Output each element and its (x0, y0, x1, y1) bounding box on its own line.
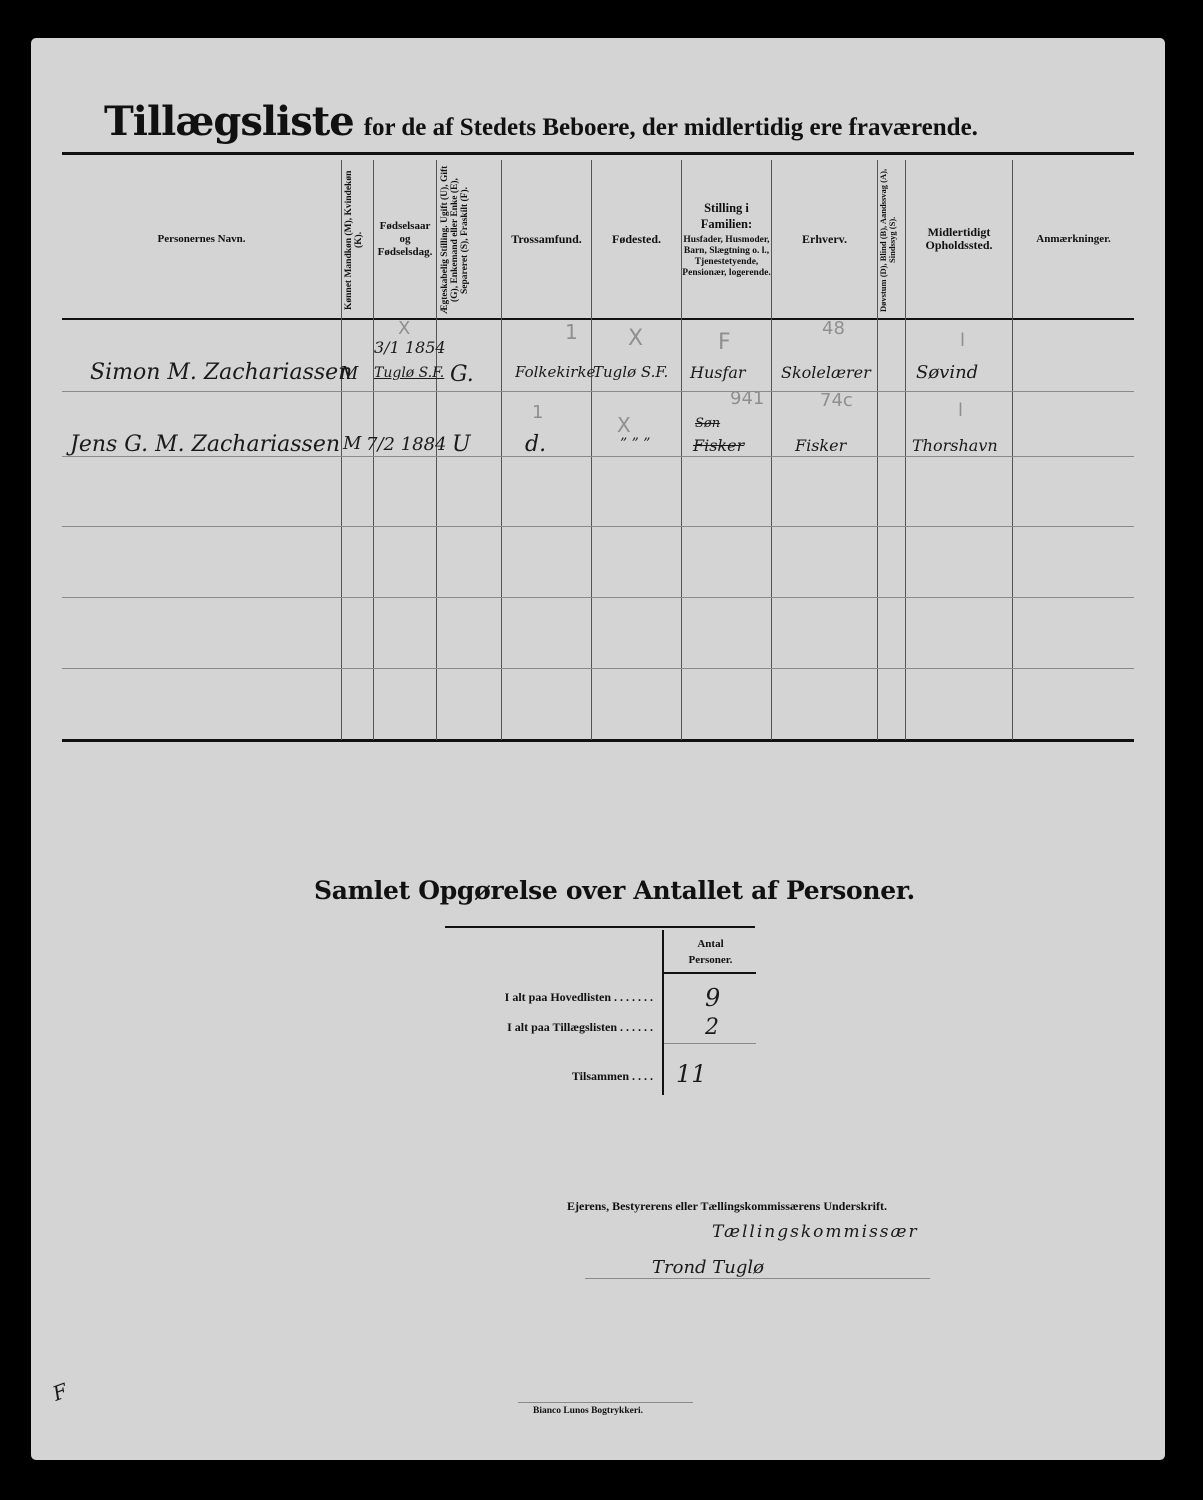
row1-birth-date: 3/1 1854 (374, 338, 446, 357)
summary-label-main-list: I alt paa Hovedlisten . . . . . . . (505, 990, 653, 1005)
col-header-disability: Døvstum (D), Blind (B), Aandssvag (A), S… (879, 164, 904, 316)
summary-label-supplement-list: I alt paa Tillægslisten . . . . . . (507, 1020, 653, 1035)
col-header-family-position: Stilling i Familien: Husfader, Husmoder,… (682, 160, 771, 318)
row1-birth-place-inline: Tuglø S.F. (374, 365, 444, 381)
row1-religion: Folkekirken (515, 363, 595, 381)
summary-value-supplement-list: 2 (705, 1015, 719, 1040)
pencil-mark: 74c (820, 390, 853, 411)
col-divider (341, 160, 342, 740)
summary-column-header: Antal Personer. (668, 936, 753, 968)
pencil-mark: X (628, 326, 643, 351)
col-header-temp-residence: Midlertidigt Opholdssted. (906, 160, 1012, 318)
pencil-mark: 48 (822, 318, 845, 339)
row2-birthplace: ” ” ” (620, 436, 650, 452)
row-line (62, 526, 1134, 527)
col-header-birthplace: Fødested. (592, 160, 681, 318)
pencil-mark: 941 (730, 388, 764, 409)
row1-occupation: Skolelærer (781, 363, 871, 382)
pencil-mark: X (398, 318, 410, 339)
row1-sex: M (340, 363, 358, 384)
summary-header-rule (664, 972, 756, 974)
row1-family-position: Husfar (690, 363, 746, 382)
row2-birth: 7/2 1884 (366, 434, 447, 455)
col-header-sex: Kønnet Mandkøn (M), Kvindekøn (K). (344, 164, 372, 316)
pencil-mark: l (960, 330, 965, 351)
col-header-name: Personernes Navn. (62, 160, 341, 318)
title-emphasis: fraværende. (849, 114, 978, 141)
row2-sex: M (343, 433, 361, 454)
row-line (62, 597, 1134, 598)
row1-marital: G. (450, 362, 474, 387)
row-line (62, 391, 1134, 392)
printer-imprint: Bianco Lunos Bogtrykkeri. (533, 1406, 643, 1416)
header-top-rule (62, 152, 1134, 155)
pencil-mark: F (718, 330, 731, 355)
col-header-marital: Ægteskabelig Stilling. Ugift (U), Gift (… (440, 164, 498, 316)
signature-line (585, 1278, 930, 1279)
summary-value-main-list: 9 (705, 984, 720, 1012)
row2-marital: U (452, 432, 471, 457)
row1-birthplace: Tuglø S.F. (593, 363, 668, 381)
printer-rule (518, 1402, 693, 1403)
pencil-mark: l (958, 400, 963, 421)
row2-family-position-above: Søn (695, 416, 720, 431)
col-header-occupation: Erhverv. (772, 160, 877, 318)
title-subtitle: for de af Stedets Beboere, der midlertid… (364, 114, 978, 141)
signature-caption: Ejerens, Bestyrerens eller Tællingskommi… (567, 1199, 887, 1214)
summary-value-total: 11 (676, 1060, 707, 1088)
row2-temp-residence: Thorshavn (912, 436, 998, 455)
row-line (62, 668, 1134, 669)
pencil-mark: 1 (532, 402, 543, 423)
col-header-remarks: Anmærkninger. (1013, 160, 1134, 318)
col-header-birth: Fødselsaar og Fødselsdag. (374, 160, 436, 318)
page-title: Tillægslistefor de af Stedets Beboere, d… (104, 98, 978, 145)
summary-divider (662, 930, 664, 1095)
header-bottom-rule (62, 318, 1134, 320)
summary-title: Samlet Opgørelse over Antallet af Person… (314, 876, 915, 905)
row2-name: Jens G. M. Zachariassen (70, 432, 340, 457)
row2-family-position: Fisker (693, 436, 744, 455)
row2-religion: d. (525, 432, 546, 457)
signature-role: Tællingskommissær (712, 1222, 919, 1242)
pencil-mark: X (617, 413, 631, 437)
row1-temp-residence: Søvind (916, 362, 978, 383)
row1-name: Simon M. Zachariassen (90, 360, 352, 385)
signature-name: Trond Tuglø (652, 1257, 764, 1278)
summary-top-rule (445, 926, 755, 928)
table-bottom-rule (62, 739, 1134, 742)
summary-total-rule (664, 1043, 756, 1044)
pencil-mark: 1 (565, 320, 578, 344)
title-main: Tillægsliste (104, 98, 354, 145)
col-header-religion: Trossamfund. (502, 160, 591, 318)
summary-label-total: Tilsammen . . . . (572, 1069, 653, 1084)
row2-occupation: Fisker (795, 436, 846, 455)
